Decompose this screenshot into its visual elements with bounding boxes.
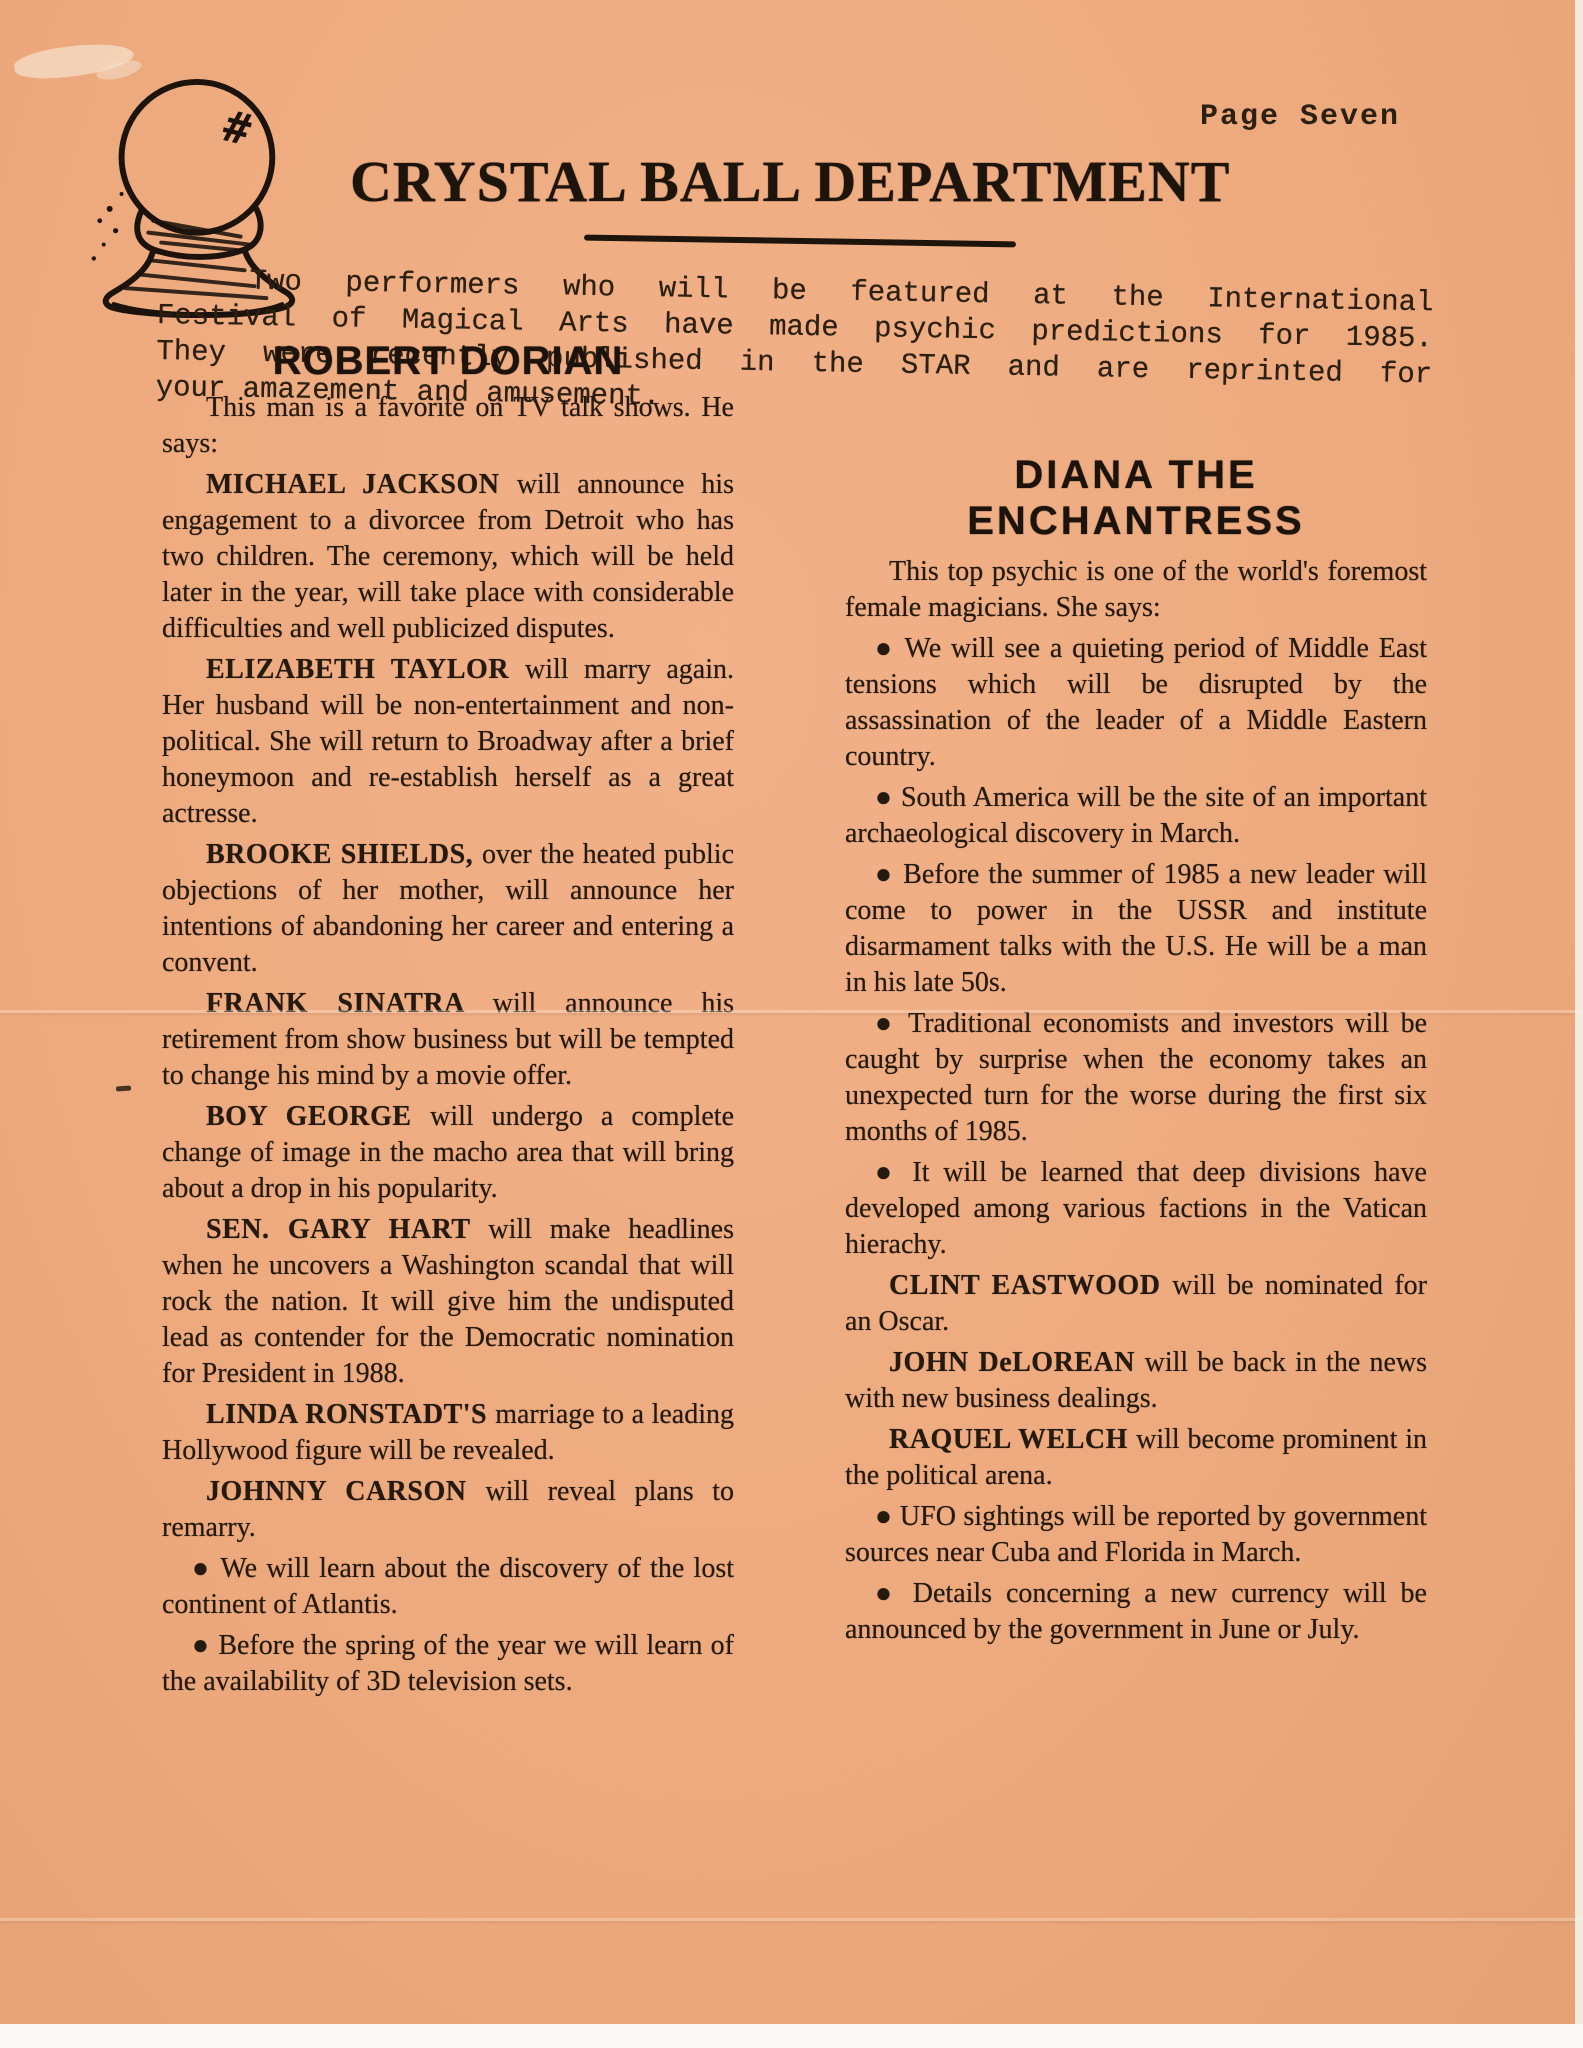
prediction-paragraph: CLINT EASTWOOD will be nominated for an … — [845, 1268, 1427, 1340]
celebrity-name: JOHN DeLOREAN — [889, 1347, 1145, 1378]
prediction-paragraph: RAQUEL WELCH will become prominent in th… — [845, 1422, 1427, 1494]
page-number-label: Page Seven — [1200, 100, 1400, 134]
celebrity-name: LINDA RONSTADT'S — [206, 1399, 495, 1430]
bullet-marker: ● — [875, 1157, 912, 1188]
bullet-marker: ● — [875, 782, 901, 813]
prediction-paragraph: LINDA RONSTADT'S marriage to a leading H… — [162, 1397, 734, 1469]
column-diana-enchantress: DIANA THEENCHANTRESS This top psychic is… — [845, 452, 1427, 1653]
bullet-marker: ● — [875, 633, 905, 664]
prediction-paragraph: MICHAEL JACKSON will announce his engage… — [162, 467, 734, 647]
celebrity-name: SEN. GARY HART — [206, 1214, 488, 1245]
prediction-text: This top psychic is one of the world's f… — [845, 556, 1427, 623]
prediction-paragraph: BROOKE SHIELDS, over the heated public o… — [162, 837, 734, 981]
prediction-paragraph: ● We will learn about the discovery of t… — [162, 1551, 734, 1623]
page-title: CRYSTAL BALL DEPARTMENT — [350, 148, 1180, 215]
prediction-paragraph: ● We will see a quieting period of Middl… — [845, 631, 1427, 775]
heading-line: DIANA THE — [845, 452, 1427, 498]
prediction-paragraph: ● Details concerning a new currency will… — [845, 1576, 1427, 1648]
bullet-marker: ● — [875, 859, 903, 890]
bullet-marker: ● — [192, 1630, 218, 1661]
prediction-text: It will be learned that deep divisions h… — [845, 1157, 1427, 1260]
prediction-paragraph: This top psychic is one of the world's f… — [845, 554, 1427, 626]
celebrity-name: BOY GEORGE — [206, 1101, 430, 1132]
prediction-text: Before the spring of the year we will le… — [162, 1630, 734, 1697]
celebrity-name: BROOKE SHIELDS, — [206, 839, 482, 870]
prediction-paragraph: SEN. GARY HART will make headlines when … — [162, 1212, 734, 1392]
prediction-paragraph: This man is a favorite on TV talk shows.… — [162, 390, 734, 462]
prediction-paragraph: FRANK SINATRA will announce his retireme… — [162, 986, 734, 1094]
celebrity-name: CLINT EASTWOOD — [889, 1270, 1172, 1301]
title-underline — [584, 235, 1016, 248]
prediction-text: Before the summer of 1985 a new leader w… — [845, 859, 1427, 998]
prediction-paragraph: JOHN DeLOREAN will be back in the news w… — [845, 1345, 1427, 1417]
celebrity-name: RAQUEL WELCH — [889, 1424, 1136, 1455]
prediction-paragraph: ● Before the spring of the year we will … — [162, 1628, 734, 1700]
prediction-paragraph: ● It will be learned that deep divisions… — [845, 1155, 1427, 1263]
bullet-marker: ● — [875, 1578, 913, 1609]
column-heading-diana-enchantress: DIANA THEENCHANTRESS — [845, 452, 1427, 544]
predictions-list-diana: This top psychic is one of the world's f… — [845, 554, 1427, 1648]
prediction-text: UFO sightings will be reported by govern… — [845, 1501, 1427, 1568]
scan-edge-right — [1575, 0, 1583, 2048]
fold-crease — [0, 1010, 1583, 1013]
prediction-text: Traditional economists and investors wil… — [845, 1008, 1427, 1147]
svg-text:#: # — [218, 102, 256, 157]
column-heading-robert-dorian: ROBERT DORIAN — [162, 338, 734, 384]
column-robert-dorian: ROBERT DORIAN This man is a favorite on … — [162, 338, 734, 1705]
celebrity-name: MICHAEL JACKSON — [206, 469, 517, 500]
prediction-paragraph: ● UFO sightings will be reported by gove… — [845, 1499, 1427, 1571]
celebrity-name: ELIZABETH TAYLOR — [206, 654, 525, 685]
scan-edge-bottom — [0, 2024, 1583, 2048]
fold-crease — [0, 1918, 1583, 1921]
bullet-marker: ● — [192, 1553, 220, 1584]
bullet-marker: ● — [875, 1501, 900, 1532]
prediction-text: This man is a favorite on TV talk shows.… — [162, 392, 734, 459]
prediction-text: We will learn about the discovery of the… — [162, 1553, 734, 1620]
scanned-newsletter-page: Page Seven # CR — [0, 0, 1583, 2048]
celebrity-name: FRANK SINATRA — [206, 988, 493, 1019]
predictions-list-robert-dorian: This man is a favorite on TV talk shows.… — [162, 390, 734, 1700]
prediction-paragraph: ELIZABETH TAYLOR will marry again. Her h… — [162, 652, 734, 832]
prediction-paragraph: ● Traditional economists and investors w… — [845, 1006, 1427, 1150]
heading-line: ENCHANTRESS — [845, 498, 1427, 544]
prediction-text: We will see a quieting period of Middle … — [845, 633, 1427, 772]
prediction-paragraph: ● Before the summer of 1985 a new leader… — [845, 857, 1427, 1001]
prediction-paragraph: ● South America will be the site of an i… — [845, 780, 1427, 852]
prediction-text: South America will be the site of an imp… — [845, 782, 1427, 849]
celebrity-name: JOHNNY CARSON — [206, 1476, 486, 1507]
prediction-paragraph: BOY GEORGE will undergo a complete chang… — [162, 1099, 734, 1207]
prediction-paragraph: JOHNNY CARSON will reveal plans to remar… — [162, 1474, 734, 1546]
stray-pen-mark — [116, 1085, 131, 1091]
prediction-text: Details concerning a new currency will b… — [845, 1578, 1427, 1645]
